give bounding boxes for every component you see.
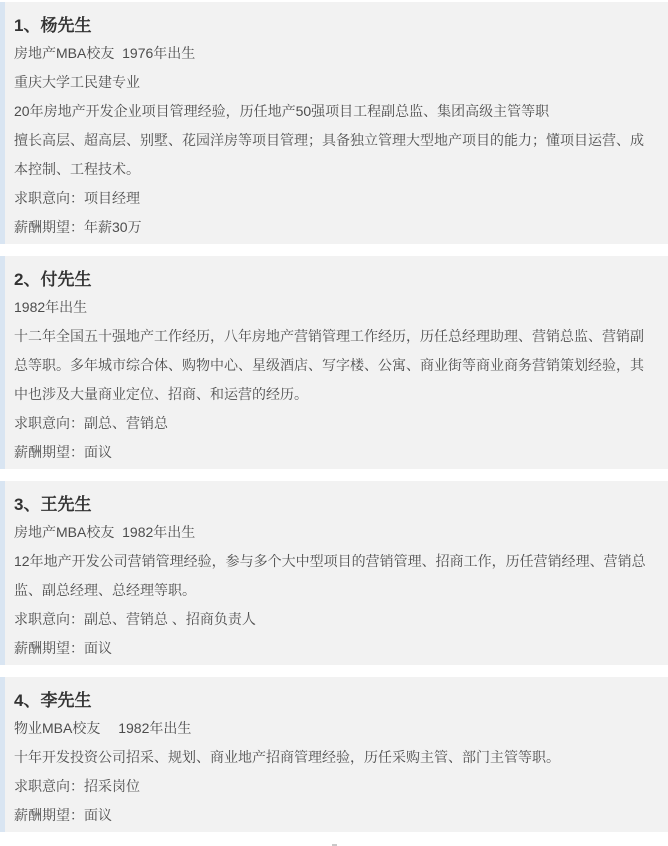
job-intention: 求职意向：项目经理 xyxy=(14,184,653,213)
candidate-subtitle: 房地产MBA校友 1976年出生 xyxy=(14,39,653,68)
job-intention: 求职意向：副总、营销总 xyxy=(14,409,653,438)
candidate-title: 2、付先生 xyxy=(14,267,653,293)
candidate-subtitle: 1982年出生 xyxy=(14,293,653,322)
candidate-title: 1、杨先生 xyxy=(14,13,653,39)
candidate-title: 3、王先生 xyxy=(14,492,653,518)
candidate-card-2: 2、付先生 1982年出生 十二年全国五十强地产工作经历，八年房地产营销管理工作… xyxy=(0,256,668,469)
candidate-skills: 擅长高层、超高层、别墅、花园洋房等项目管理；具备独立管理大型地产项目的能力；懂项… xyxy=(14,126,653,184)
salary-expectation: 薪酬期望：面议 xyxy=(14,801,653,830)
candidate-card-1: 1、杨先生 房地产MBA校友 1976年出生 重庆大学工民建专业 20年房地产开… xyxy=(0,2,668,244)
candidate-experience: 20年房地产开发企业项目管理经验，历任地产50强项目工程副总监、集团高级主管等职 xyxy=(14,97,653,126)
candidate-subtitle: 物业MBA校友 1982年出生 xyxy=(14,714,653,743)
salary-expectation: 薪酬期望：面议 xyxy=(14,438,653,467)
candidate-experience: 十年开发投资公司招采、规划、商业地产招商管理经验，历任采购主管、部门主管等职。 xyxy=(14,743,653,772)
job-intention: 求职意向：副总、营销总 、招商负责人 xyxy=(14,605,653,634)
job-intention: 求职意向：招采岗位 xyxy=(14,772,653,801)
candidate-subtitle: 房地产MBA校友 1982年出生 xyxy=(14,518,653,547)
salary-expectation: 薪酬期望：年薪30万 xyxy=(14,213,653,242)
candidate-education: 重庆大学工民建专业 xyxy=(14,68,653,97)
candidate-experience: 十二年全国五十强地产工作经历，八年房地产营销管理工作经历，历任总经理助理、营销总… xyxy=(14,322,653,409)
candidate-card-4: 4、李先生 物业MBA校友 1982年出生 十年开发投资公司招采、规划、商业地产… xyxy=(0,677,668,832)
salary-expectation: 薪酬期望：面议 xyxy=(14,634,653,663)
candidate-list-page: 1、杨先生 房地产MBA校友 1976年出生 重庆大学工民建专业 20年房地产开… xyxy=(0,0,668,846)
candidate-title: 4、李先生 xyxy=(14,688,653,714)
candidate-experience: 12年地产开发公司营销管理经验，参与多个大中型项目的营销管理、招商工作，历任营销… xyxy=(14,547,653,605)
candidate-card-3: 3、王先生 房地产MBA校友 1982年出生 12年地产开发公司营销管理经验，参… xyxy=(0,481,668,665)
